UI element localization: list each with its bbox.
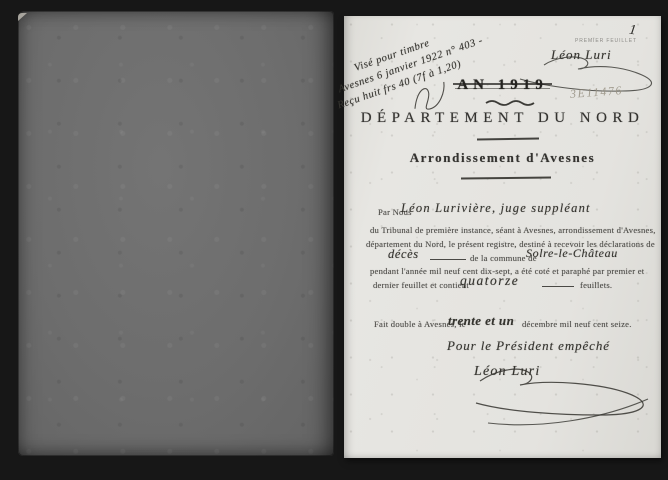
commune-name-handwritten: Solre-le-Château bbox=[526, 246, 618, 261]
closing-line-printed: décembre mil neuf cent seize. bbox=[522, 319, 632, 329]
judge-name-handwritten: Léon Lurivière, juge suppléant bbox=[401, 201, 591, 216]
blank-line-dash bbox=[542, 286, 574, 287]
folio-number: 1 bbox=[628, 23, 637, 40]
paragraph-line: dernier feuillet et contient bbox=[373, 280, 469, 290]
department-heading: DÉPARTEMENT DU NORD bbox=[344, 110, 661, 127]
blank-line-dash bbox=[430, 259, 466, 260]
paragraph-line: du Tribunal de première instance, séant … bbox=[370, 225, 656, 235]
book-cover bbox=[18, 11, 334, 456]
arrondissement-heading: Arrondissement d'Avesnes bbox=[344, 150, 661, 166]
acte-type-handwritten: décès bbox=[388, 247, 419, 262]
register-title-page: Visé pour timbre Avesnes 6 janvier 1922 … bbox=[344, 16, 661, 458]
cover-worn-corner bbox=[18, 13, 27, 21]
signing-capacity-handwritten: Pour le Président empêché bbox=[447, 338, 610, 354]
year-banner-text: AN 1919 bbox=[455, 77, 549, 94]
scanned-register-spread: Visé pour timbre Avesnes 6 janvier 1922 … bbox=[0, 0, 668, 480]
separator-rule bbox=[476, 137, 538, 140]
paragraph-line: feuillets. bbox=[580, 280, 612, 290]
closing-date-handwritten: trente et un bbox=[448, 313, 514, 329]
separator-rule bbox=[460, 177, 550, 180]
archive-reference: 3E11476 bbox=[570, 83, 624, 102]
folio-count-handwritten: quatorze bbox=[460, 273, 519, 289]
